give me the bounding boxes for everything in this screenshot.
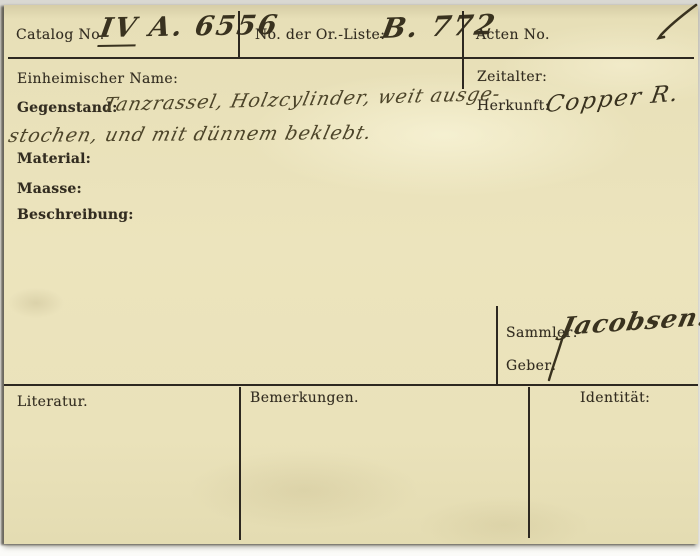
header-rule — [8, 57, 694, 59]
catalog-no-roman: IV — [97, 12, 140, 47]
signature-tail-stroke — [547, 336, 565, 382]
acten-no-label: Acten No. — [476, 27, 550, 43]
scan-background: Catalog No. IV A. 6556 No. der Or.-Liste… — [0, 0, 700, 556]
header-divider-1 — [238, 11, 240, 57]
identitaet-label: Identität: — [580, 390, 650, 406]
footer-divider-2 — [528, 387, 530, 538]
herkunft-label: Herkunft: — [477, 98, 550, 114]
collector-divider — [496, 306, 498, 385]
gegenstand-value-line2: stochen, und mit dünnem beklebt. — [6, 122, 374, 147]
einheimischer-name-label: Einheimischer Name: — [17, 71, 178, 87]
catalog-no-value: IV A. 6556 — [97, 10, 281, 47]
beschreibung-label: Beschreibung: — [17, 207, 134, 223]
bemerkungen-label: Bemerkungen. — [250, 390, 359, 406]
footer-divider-1 — [239, 387, 241, 540]
material-label: Material: — [17, 151, 91, 167]
footer-rule — [4, 384, 698, 386]
header-divider-2 — [462, 11, 464, 89]
maasse-label: Maasse: — [17, 181, 82, 197]
catalog-no-label: Catalog No. — [16, 27, 105, 43]
or-liste-label: No. der Or.-Liste: — [255, 27, 385, 43]
acten-no-value-mark — [652, 3, 698, 45]
literatur-label: Literatur. — [17, 394, 88, 410]
